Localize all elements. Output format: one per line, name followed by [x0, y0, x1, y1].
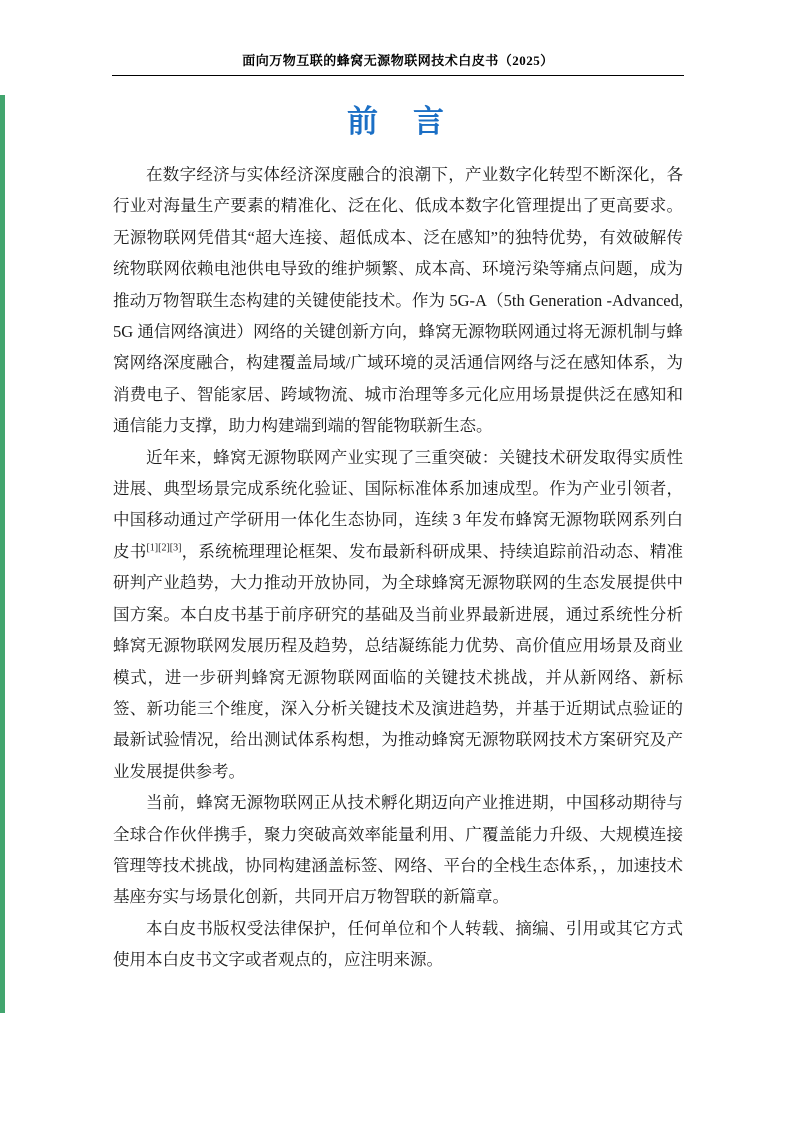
running-header: 面向万物互联的蜂窝无源物联网技术白皮书（2025） [112, 50, 684, 76]
paragraph-outlook: 当前，蜂窝无源物联网正从技术孵化期迈向产业推进期，中国移动期待与全球合作伙伴携手… [113, 787, 683, 913]
page-edge-accent-bar [0, 95, 5, 1013]
paragraph-copyright: 本白皮书版权受法律保护，任何单位和个人转载、摘编、引用或其它方式使用本白皮书文字… [113, 913, 683, 976]
paragraph-intro: 在数字经济与实体经济深度融合的浪潮下，产业数字化转型不断深化，各行业对海量生产要… [113, 159, 683, 442]
document-page: 面向万物互联的蜂窝无源物联网技术白皮书（2025） 前 言 在数字经济与实体经济… [0, 0, 793, 1122]
page-title: 前 言 [0, 96, 793, 141]
paragraph-breakthroughs: 近年来，蜂窝无源物联网产业实现了三重突破：关键技术研发取得实质性进展、典型场景完… [113, 442, 683, 787]
citation-references: [1][2][3] [146, 542, 181, 553]
document-body: 在数字经济与实体经济深度融合的浪潮下，产业数字化转型不断深化，各行业对海量生产要… [113, 159, 683, 976]
paragraph-breakthroughs-text-after-citation: ，系统梳理理论框架、发布最新科研成果、持续追踪前沿动态、精准研判产业趋势，大力推… [113, 542, 683, 781]
